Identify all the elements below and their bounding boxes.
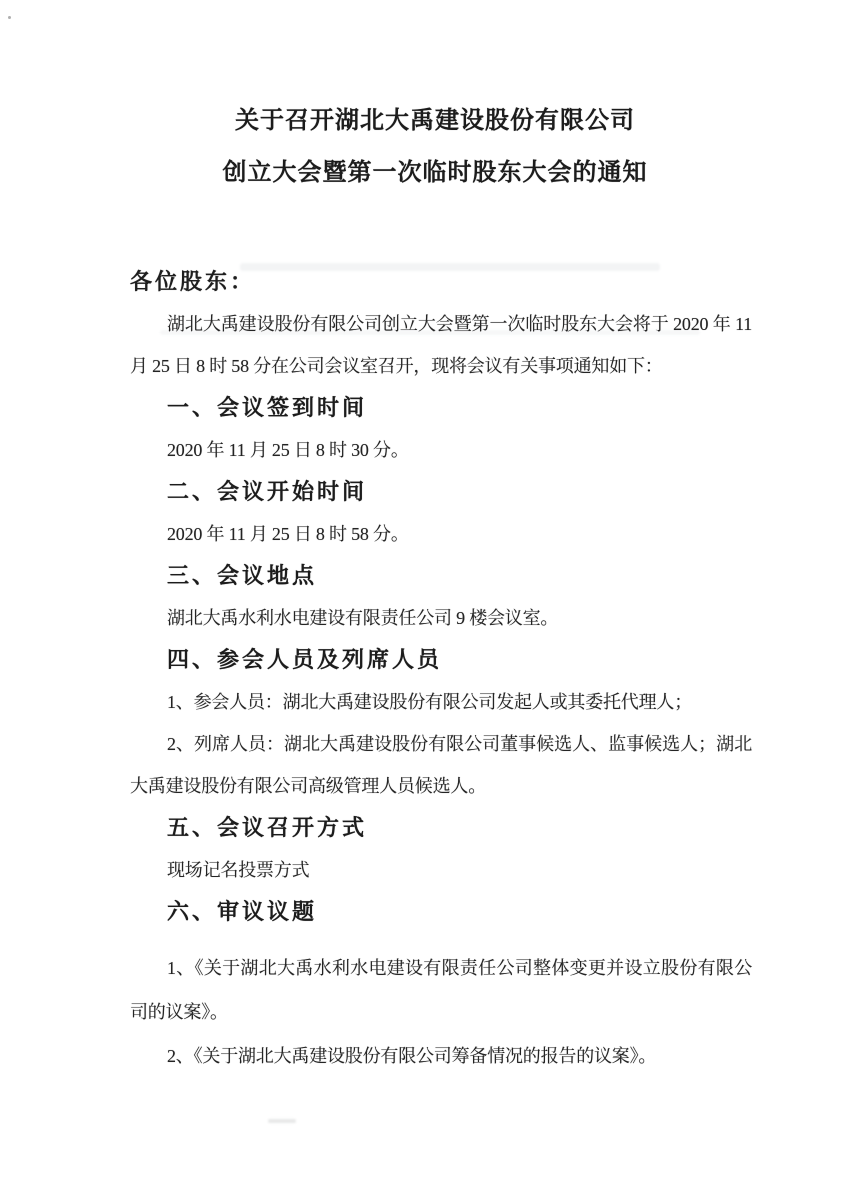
section-4-item-1: 1、参会人员：湖北大禹建设股份有限公司发起人或其委托代理人； [130,681,752,723]
section-6-heading: 六、审议议题 [130,891,752,933]
title-line-1: 关于召开湖北大禹建设股份有限公司 [118,95,752,147]
title-line-2: 创立大会暨第一次临时股东大会的通知 [118,147,752,199]
section-3-paragraph: 湖北大禹水利水电建设有限责任公司 9 楼会议室。 [130,597,752,639]
document-content: 关于召开湖北大禹建设股份有限公司 创立大会暨第一次临时股东大会的通知 各位股东：… [130,95,752,1078]
section-4-item-2: 2、列席人员：湖北大禹建设股份有限公司董事候选人、监事候选人；湖北大禹建设股份有… [130,723,752,807]
salutation: 各位股东： [130,261,752,303]
document-title: 关于召开湖北大禹建设股份有限公司 创立大会暨第一次临时股东大会的通知 [118,95,752,199]
section-4-heading: 四、参会人员及列席人员 [130,639,752,681]
section-1-paragraph: 2020 年 11 月 25 日 8 时 30 分。 [130,429,752,471]
section-6-item-1: 1、《关于湖北大禹水利水电建设有限责任公司整体变更并设立股份有限公司的议案》。 [130,946,752,1034]
section-3-heading: 三、会议地点 [130,555,752,597]
section-5-heading: 五、会议召开方式 [130,807,752,849]
section-6-item-2: 2、《关于湖北大禹建设股份有限公司筹备情况的报告的议案》。 [130,1034,752,1078]
scanned-document-page: 关于召开湖北大禹建设股份有限公司 创立大会暨第一次临时股东大会的通知 各位股东：… [0,0,847,1200]
section-2-heading: 二、会议开始时间 [130,471,752,513]
intro-paragraph: 湖北大禹建设股份有限公司创立大会暨第一次临时股东大会将于 2020 年 11 月… [130,303,752,387]
section-5-paragraph: 现场记名投票方式 [130,849,752,891]
scan-speck-artifact [8,16,11,19]
scan-bleed-artifact [268,1119,296,1123]
section-2-paragraph: 2020 年 11 月 25 日 8 时 58 分。 [130,513,752,555]
section-1-heading: 一、会议签到时间 [130,387,752,429]
